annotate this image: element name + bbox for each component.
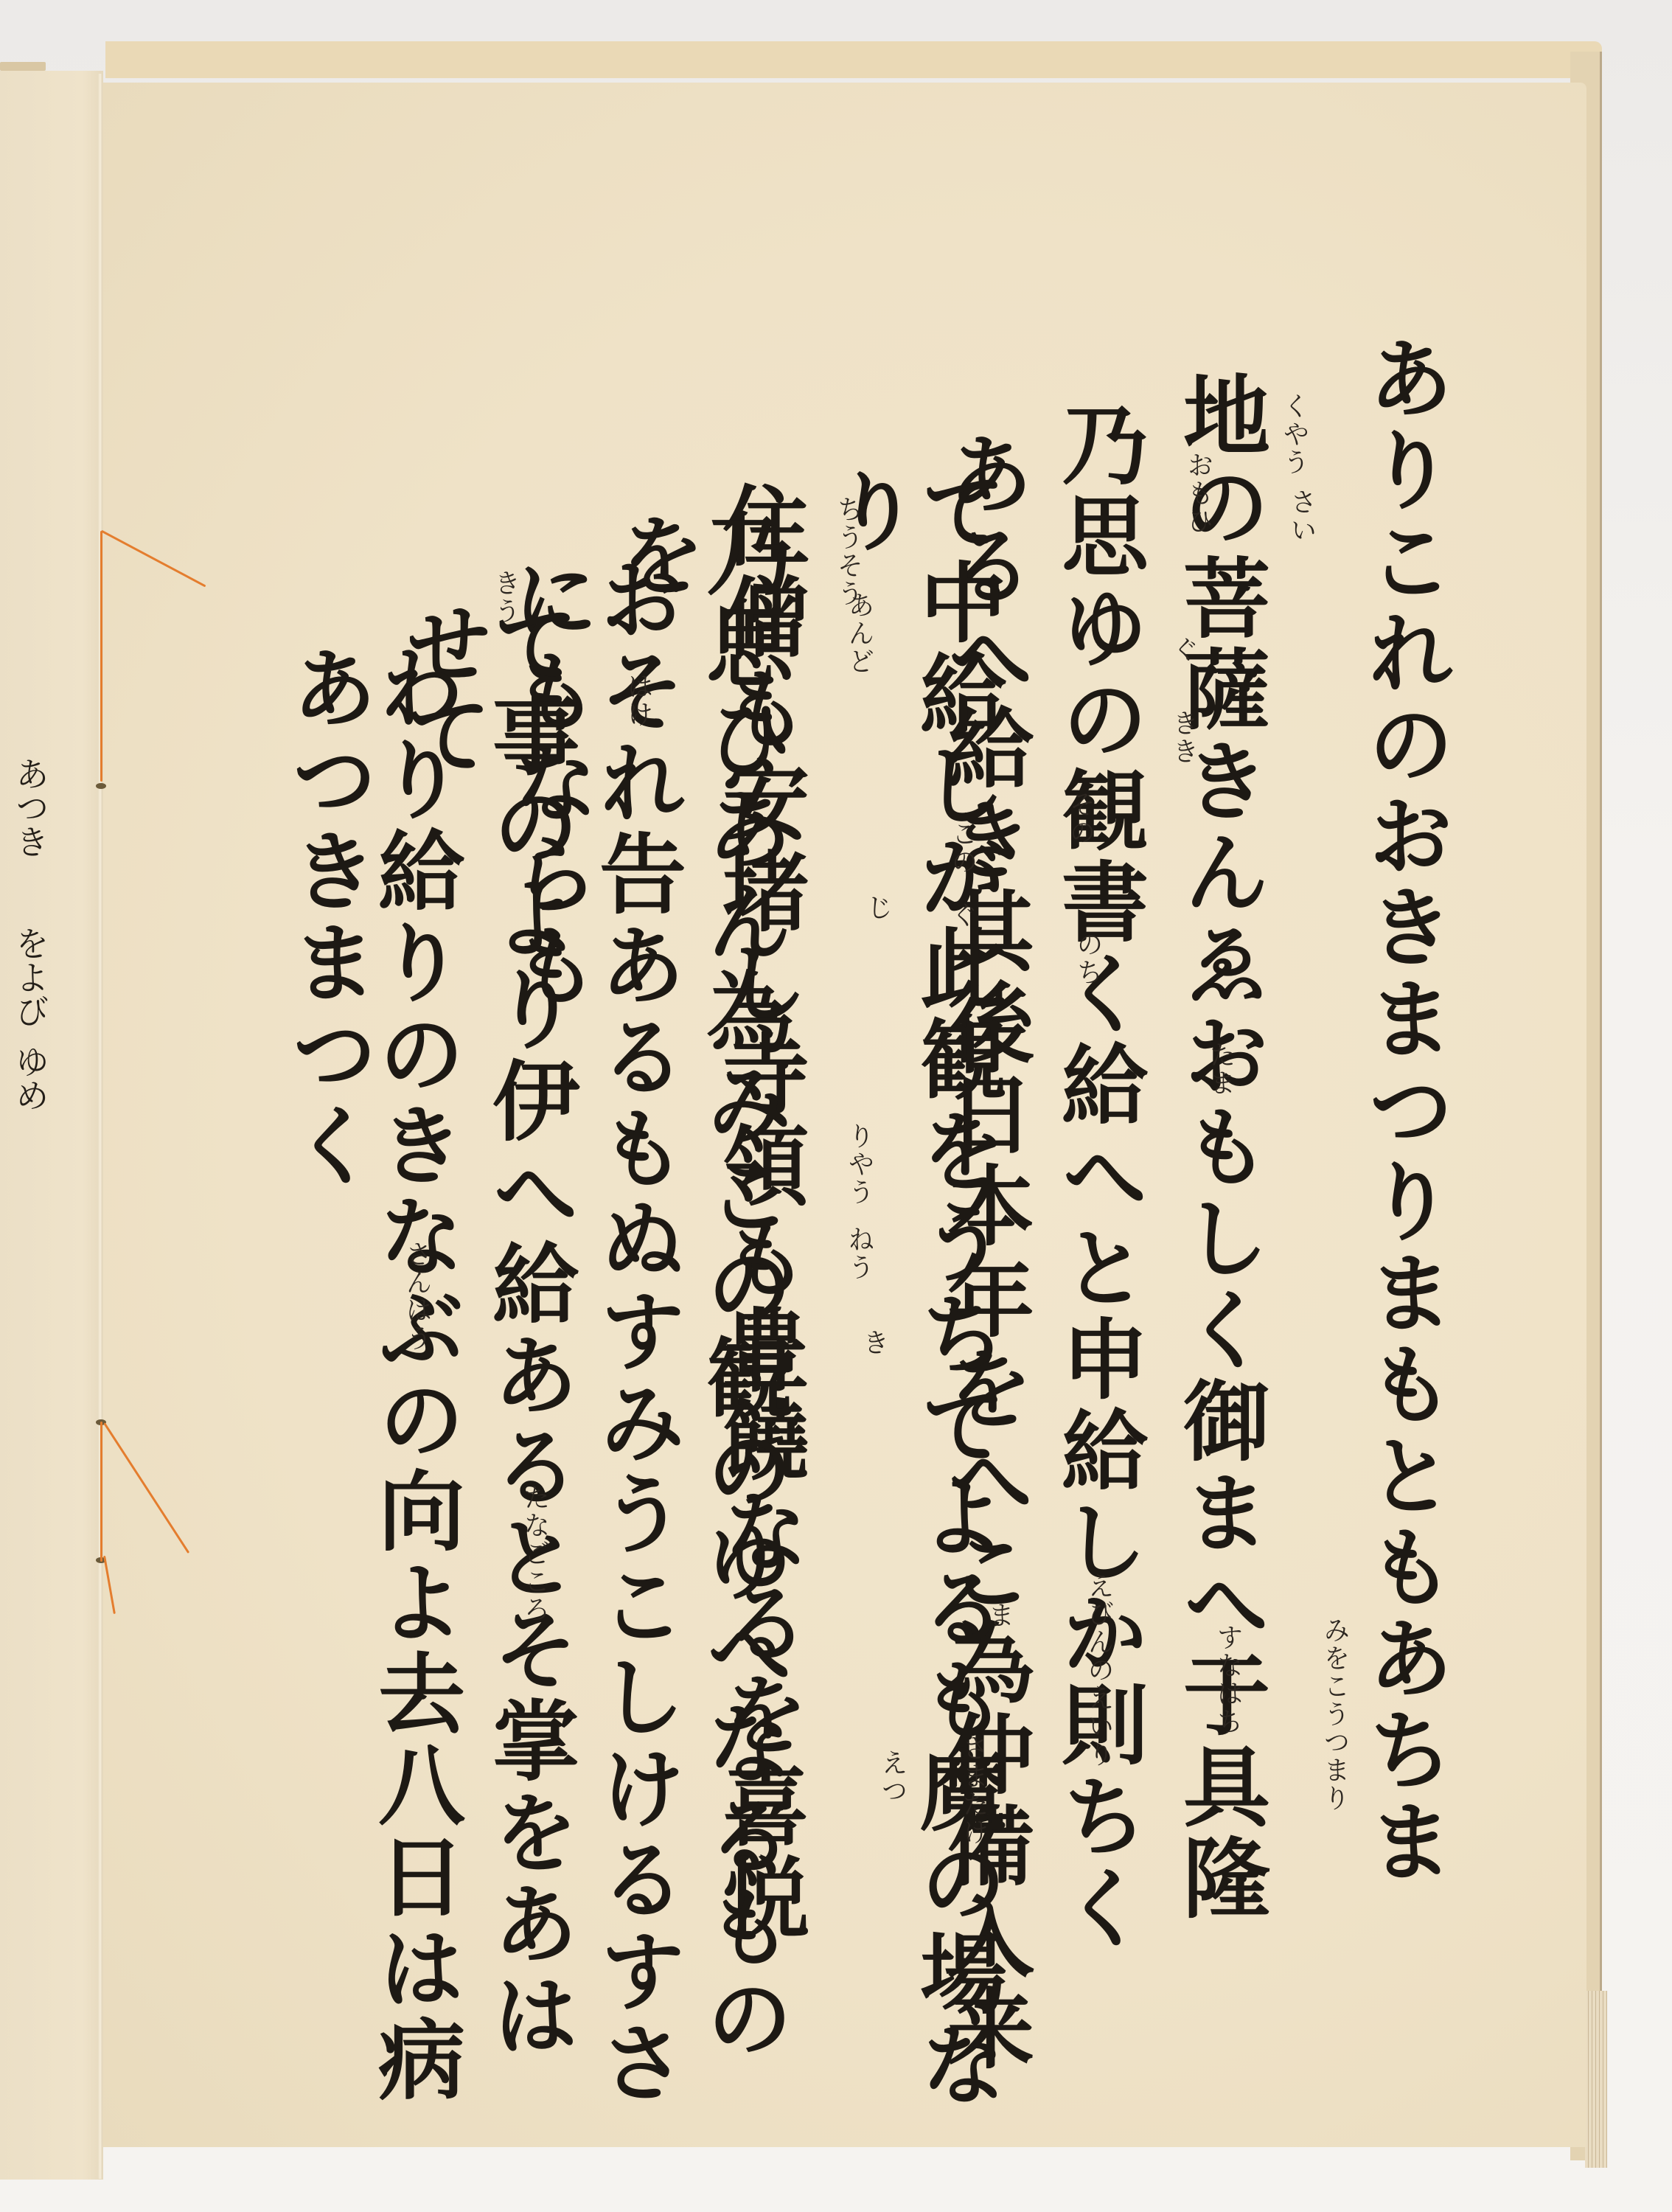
page-stack-bottom-edge (1585, 1991, 1607, 2168)
furigana: りやう (840, 1122, 878, 1206)
left-page-column-2: をよび (6, 926, 55, 1028)
left-page-column-1: あつき (6, 757, 55, 858)
furigana: ねう (840, 1225, 878, 1281)
furigana: さまたけ (955, 1734, 992, 1846)
furigana: みをこうつまり (1316, 1616, 1354, 1812)
binding-thread (100, 1422, 102, 1562)
text-column-10: わり給りのきなぶの向よ去八日は病あつきまつく (284, 643, 458, 2147)
furigana: おもひ (1180, 451, 1217, 535)
binding-hole (96, 783, 106, 789)
furigana: えびんのえいり (1080, 1572, 1118, 1768)
furigana: ぐ (1165, 636, 1202, 664)
furigana: はけ (619, 672, 657, 728)
furigana: ぐ (944, 901, 981, 929)
left-page-top-edge (0, 62, 46, 71)
furigana: きき (1165, 709, 1202, 765)
furigana: ま (980, 1601, 1018, 1630)
furigana: さい (1283, 488, 1320, 544)
furigana: のち (1069, 931, 1107, 987)
binding-thread (100, 531, 102, 782)
furigana: すなはち (1209, 1624, 1247, 1736)
furigana: たま (1202, 1041, 1239, 1097)
furigana: あんど (840, 591, 878, 675)
left-page: あつき をよび ゆめ (0, 71, 103, 2180)
furigana: くやう (1275, 392, 1313, 476)
furigana: その (1062, 790, 1099, 846)
furigana: じ (859, 894, 896, 922)
text-column-1: ありこれのおきまつりまもともあちま (1360, 333, 1447, 1888)
furigana: えつ (874, 1749, 911, 1805)
furigana: この (944, 820, 981, 876)
book-gutter-fold (98, 74, 102, 2179)
furigana: き (855, 1329, 893, 1357)
furigana: たなごころ (516, 1484, 554, 1624)
left-page-column-3: ゆめ (6, 1044, 55, 1112)
text-column-5: て中給しが此観をうちてよるも魔の場なり (826, 466, 1000, 2147)
right-page: ありこれのおきまつりまもともあちま 地の菩薩きんゑおもしく御まへ于具隆 くやう … (103, 83, 1586, 2147)
page-stack-top-edge (105, 41, 1602, 78)
furigana: さんはう (398, 1240, 436, 1352)
